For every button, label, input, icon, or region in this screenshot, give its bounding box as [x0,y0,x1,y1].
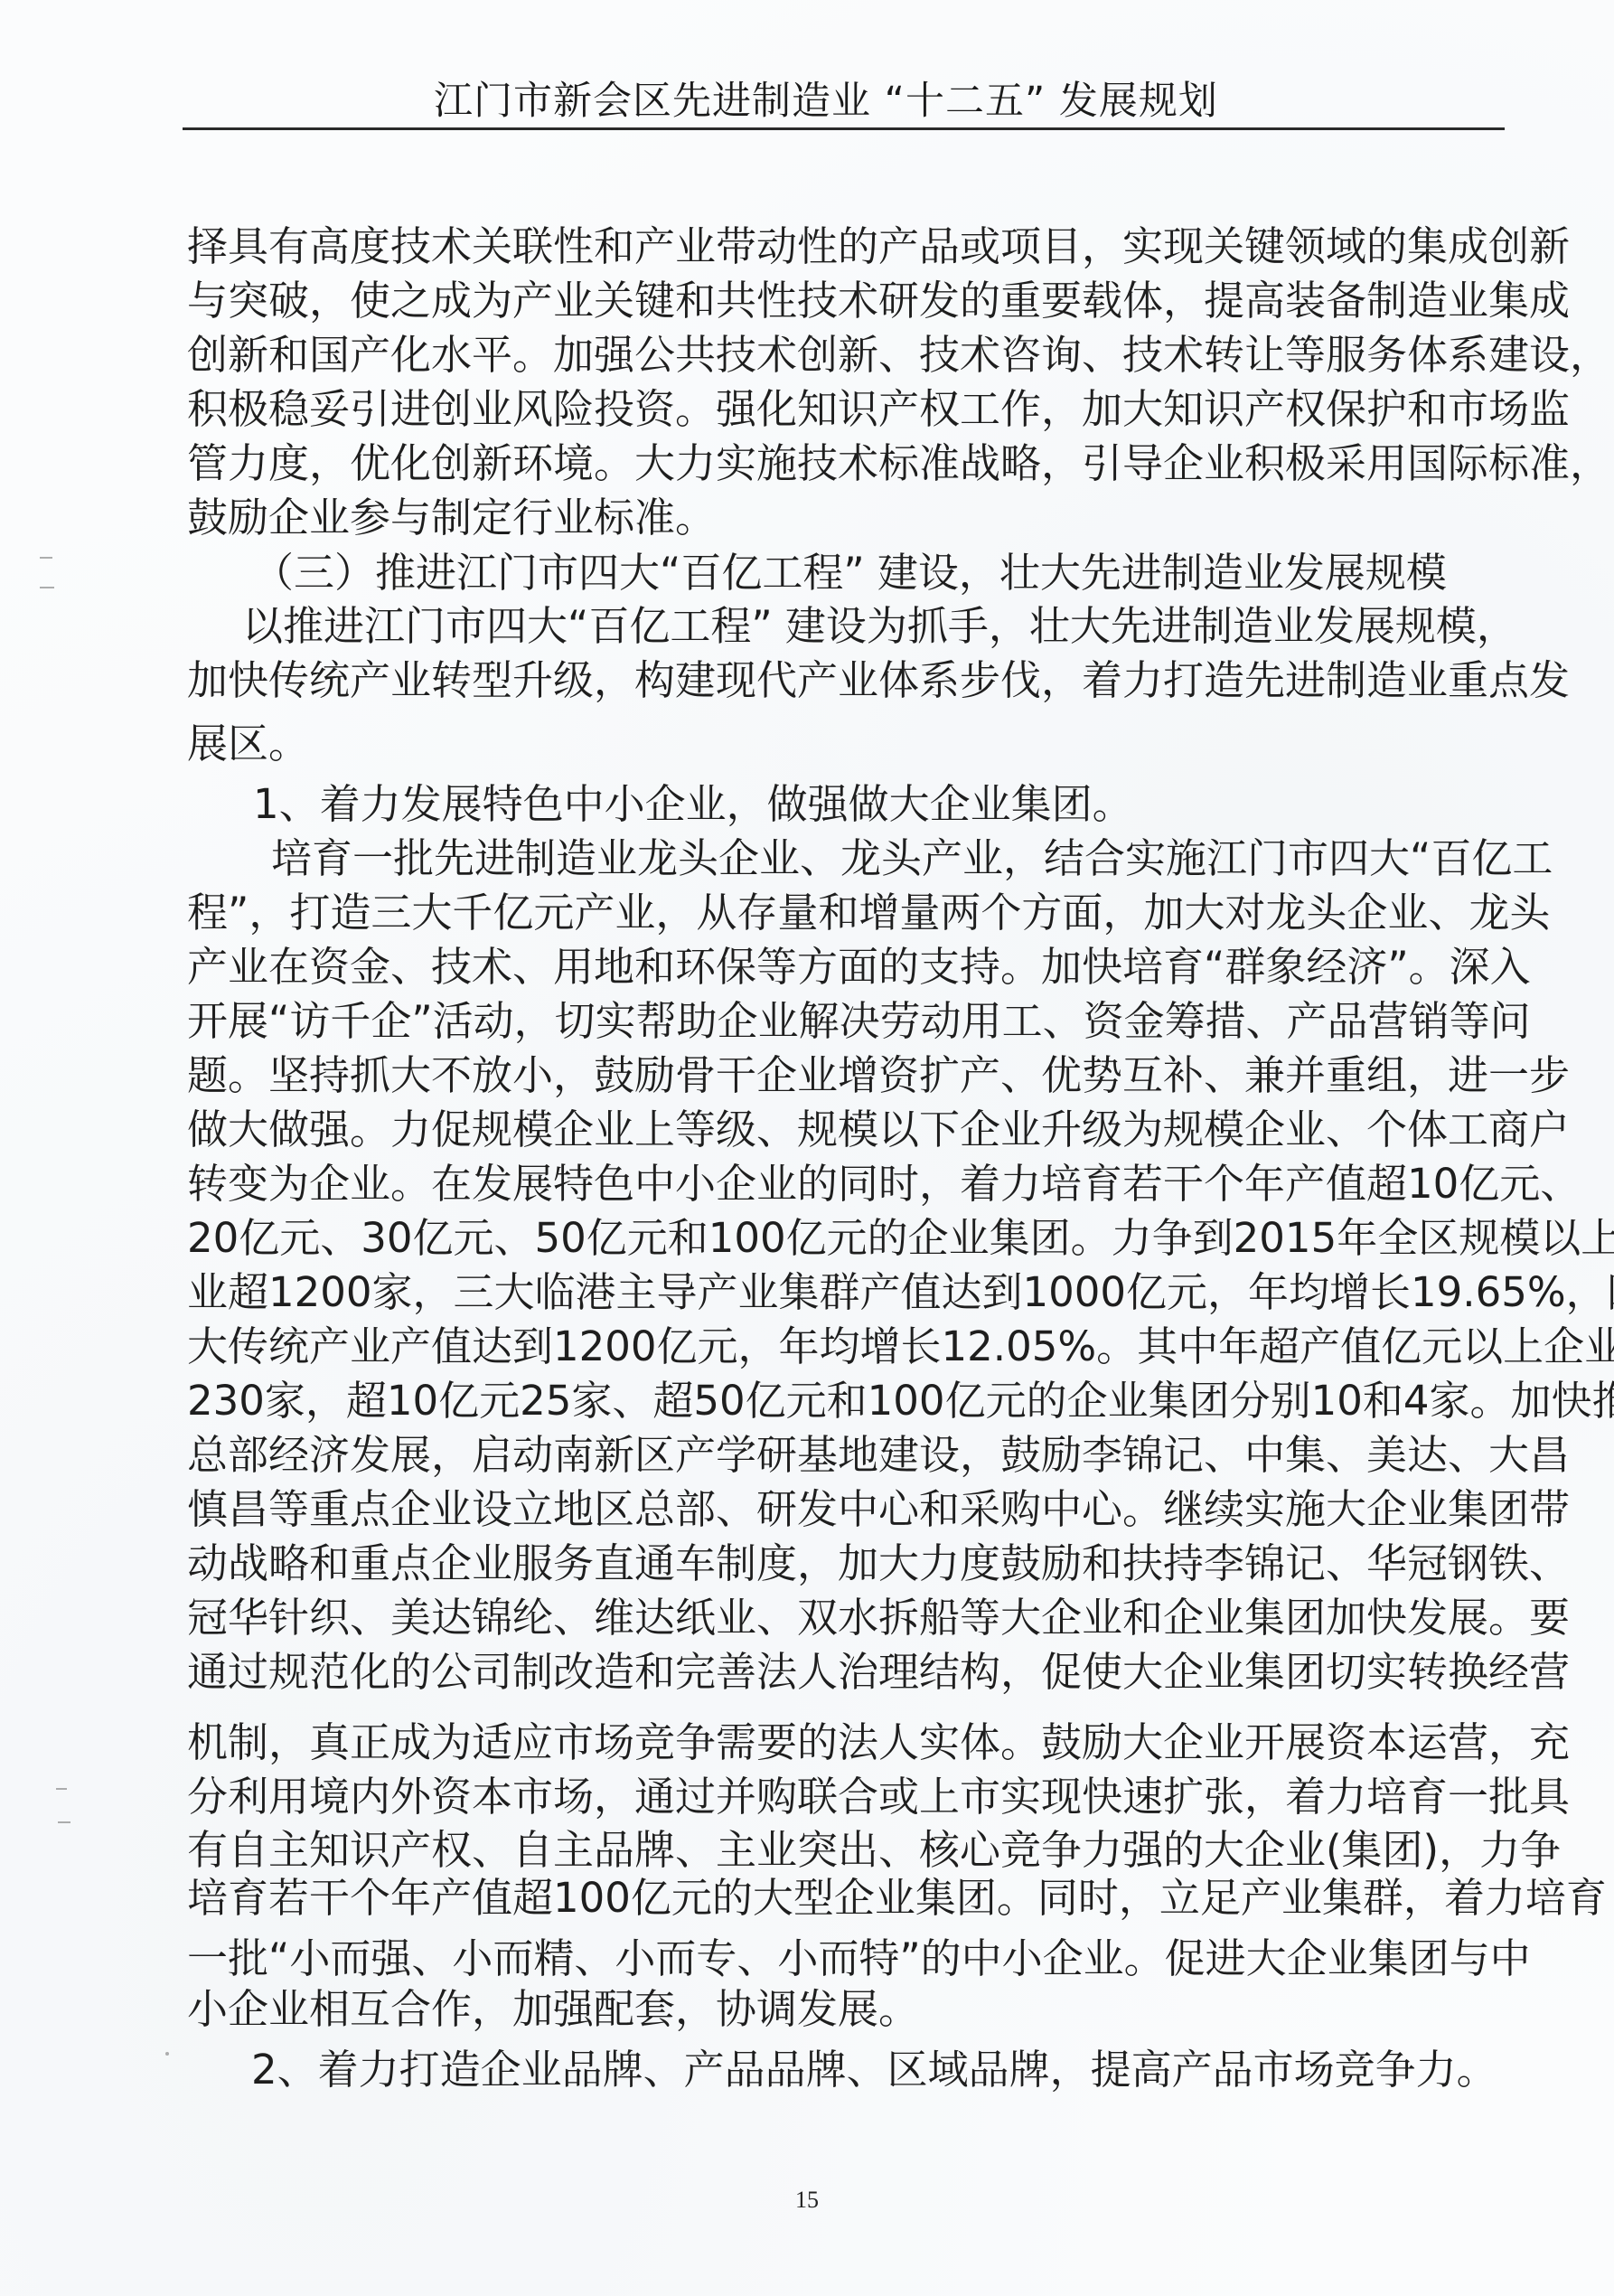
body-text-line: 创新和国产化水平。加强公共技术创新、技术咨询、技术转让等服务体系建设， [187,328,1493,382]
scan-artifact-mark [40,587,54,588]
body-text-line: 展区。 [187,717,1493,771]
body-text-line: 总部经济发展，启动南新区产学研基地建设，鼓励李锦记、中集、美达、大昌 [187,1428,1493,1482]
header-divider-rule [183,127,1505,130]
section-heading-line: （三）推进江门市四大“百亿工程” 建设，壮大先进制造业发展规模 [253,546,1493,600]
body-text-line: 一批“小而强、小而精、小而专、小而特”的中小企业。促进大企业集团与中 [187,1932,1493,1986]
body-text-line: 230家，超10亿元25家、超50亿元和100亿元的企业集团分别10和4家。加快… [187,1374,1493,1428]
scan-artifact-mark [165,2052,169,2056]
body-text-line: 与突破，使之成为产业关键和共性技术研发的重要载体，提高装备制造业集成 [187,274,1493,328]
body-text-line: 管力度，优化创新环境。大力实施技术标准战略，引导企业积极采用国际标准， [187,437,1493,491]
body-text-line: 积极稳妥引进创业风险投资。强化知识产权工作，加大知识产权保护和市场监 [187,382,1493,437]
body-text-line: 以推进江门市四大“百亿工程” 建设为抓手，壮大先进制造业发展规模， [242,599,1493,654]
body-text-line: 有自主知识产权、自主品牌、主业突出、核心竞争力强的大企业(集团)，力争 [187,1823,1493,1877]
body-text-line: 鼓励企业参与制定行业标准。 [187,491,1493,545]
body-text-line: 冠华针织、美达锦纶、维达纸业、双水拆船等大企业和企业集团加快发展。要 [187,1591,1493,1645]
body-text-line: 程”，打造三大千亿元产业，从存量和增量两个方面，加大对龙头企业、龙头 [187,886,1493,940]
body-text-line: 大传统产业产值达到1200亿元，年均增长12.05%。其中年超产值亿元以上企业 [187,1320,1493,1374]
scan-artifact-mark [56,1788,67,1790]
body-text-line: 择具有高度技术关联性和产业带动性的产品或项目，实现关键领域的集成创新 [187,220,1493,274]
body-text-line: 做大做强。力促规模企业上等级、规模以下企业升级为规模企业、个体工商户 [187,1103,1493,1157]
body-text-line: 培育若干个年产值超100亿元的大型企业集团。同时，立足产业集群，着力培育 [187,1871,1493,1925]
body-text-line: 开展“访千企”活动，切实帮助企业解决劳动用工、资金筹措、产品营销等问 [187,994,1493,1049]
body-text-line: 20亿元、30亿元、50亿元和100亿元的企业集团。力争到2015年全区规模以上… [187,1211,1493,1266]
body-text-line: 机制，真正成为适应市场竞争需要的法人实体。鼓励大企业开展资本运营，充 [187,1716,1493,1770]
body-text-line: 产业在资金、技术、用地和环保等方面的支持。加快培育“群象经济”。深入 [187,940,1493,994]
running-header-title: 江门市新会区先进制造业 “十二五” 发展规划 [434,78,1265,125]
scan-artifact-mark [40,557,52,559]
body-text-line: 加快传统产业转型升级，构建现代产业体系步伐，着力打造先进制造业重点发 [187,654,1493,708]
body-text-line: 通过规范化的公司制改造和完善法人治理结构，促使大企业集团切实转换经营 [187,1645,1493,1699]
body-text-line: 题。坚持抓大不放小，鼓励骨干企业增资扩产、优势互补、兼并重组，进一步 [187,1049,1493,1103]
body-text-line: 培育一批先进制造业龙头企业、龙头产业，结合实施江门市四大“百亿工 [271,832,1493,886]
body-text-line: 动战略和重点企业服务直通车制度，加大力度鼓励和扶持李锦记、华冠钢铁、 [187,1537,1493,1591]
body-text-line: 慎昌等重点企业设立地区总部、研发中心和采购中心。继续实施大企业集团带 [187,1482,1493,1537]
scan-artifact-mark [58,1821,70,1823]
page-number: 15 [780,2184,834,2216]
body-text-line: 业超1200家，三大临港主导产业集群产值达到1000亿元，年均增长19.65%，… [187,1266,1493,1320]
body-text-line: 分利用境内外资本市场，通过并购联合或上市实现快速扩张，着力培育一批具 [187,1770,1493,1824]
section-heading-line: 1、着力发展特色中小企业，做强做大企业集团。 [253,777,1493,832]
body-text-line: 小企业相互合作，加强配套，协调发展。 [187,1982,1493,2037]
section-heading-line: 2、着力打造企业品牌、产品品牌、区域品牌，提高产品市场竞争力。 [251,2043,1493,2097]
body-text-line: 转变为企业。在发展特色中小企业的同时，着力培育若干个年产值超10亿元、 [187,1157,1493,1211]
